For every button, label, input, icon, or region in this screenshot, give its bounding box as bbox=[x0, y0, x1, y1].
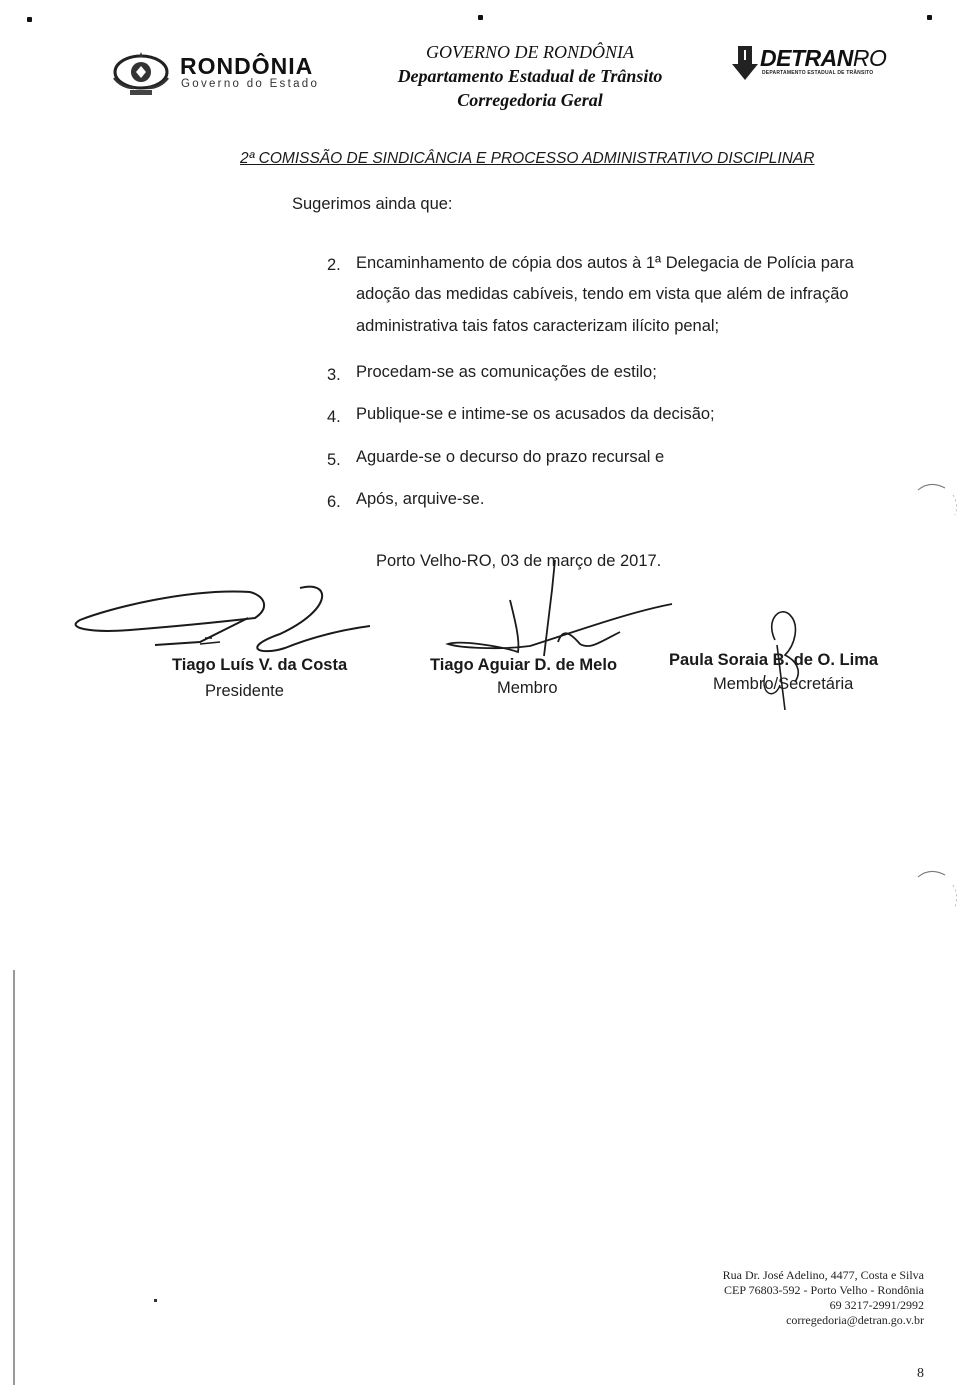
detran-logo-bold: DETRAN bbox=[760, 45, 853, 71]
page-number: 8 bbox=[900, 1366, 924, 1382]
footer-phone: 69 3217-2991/2992 bbox=[640, 1298, 924, 1313]
list-item-number: 3. bbox=[327, 366, 341, 385]
rondonia-logo-title: RONDÔNIA bbox=[180, 53, 313, 80]
list-item-text: Encaminhamento de cópia dos autos à 1ª D… bbox=[356, 254, 854, 273]
signatory-role: Membro bbox=[497, 679, 558, 698]
signature-scribble bbox=[440, 560, 680, 660]
letterhead-center: GOVERNO DE RONDÔNIA Departamento Estadua… bbox=[370, 40, 690, 112]
signatory-name: Tiago Luís V. da Costa bbox=[172, 656, 347, 675]
scan-dot bbox=[478, 15, 483, 20]
office-name: Corregedoria Geral bbox=[370, 88, 690, 112]
signatory-role: Membro/Secretária bbox=[713, 675, 853, 694]
list-item-text: administrativa tais fatos caracterizam i… bbox=[356, 317, 719, 336]
scan-dot bbox=[154, 1299, 157, 1302]
department-name: Departamento Estadual de Trânsito bbox=[370, 64, 690, 88]
scan-dot bbox=[27, 17, 32, 22]
list-item-number: 2. bbox=[327, 256, 341, 275]
scan-arc-mark bbox=[915, 865, 960, 915]
list-item-number: 4. bbox=[327, 408, 341, 427]
government-name: GOVERNO DE RONDÔNIA bbox=[370, 40, 690, 64]
scan-edge-line bbox=[13, 970, 15, 1385]
list-item-number: 5. bbox=[327, 451, 341, 470]
scan-arc-mark bbox=[915, 480, 960, 535]
list-item-number: 6. bbox=[327, 493, 341, 512]
footer-email[interactable]: corregedoria@detran.go.v.br bbox=[640, 1313, 924, 1328]
list-item-text: Após, arquive-se. bbox=[356, 490, 484, 509]
footer-address-line2: CEP 76803-592 - Porto Velho - Rondônia bbox=[640, 1283, 924, 1298]
detran-logo-ro: RO bbox=[853, 45, 887, 71]
list-item-text: Procedam-se as comunicações de estilo; bbox=[356, 363, 657, 382]
footer-address-line1: Rua Dr. José Adelino, 4477, Costa e Silv… bbox=[640, 1268, 924, 1283]
detran-logo-title: DETRANRO bbox=[760, 45, 886, 72]
footer-contact: Rua Dr. José Adelino, 4477, Costa e Silv… bbox=[640, 1268, 924, 1328]
state-coat-of-arms-icon bbox=[108, 50, 174, 100]
list-item-text: Publique-se e intime-se os acusados da d… bbox=[356, 405, 715, 424]
list-item-text: adoção das medidas cabíveis, tendo em vi… bbox=[356, 285, 849, 304]
commission-title: 2ª COMISSÃO DE SINDICÂNCIA E PROCESSO AD… bbox=[240, 150, 814, 168]
signatory-name: Paula Soraia B. de O. Lima bbox=[669, 651, 878, 670]
signatory-role: Presidente bbox=[205, 682, 284, 701]
list-item-text: Aguarde-se o decurso do prazo recursal e bbox=[356, 448, 664, 467]
scan-dot bbox=[927, 15, 932, 20]
detran-road-arrow-icon bbox=[730, 44, 760, 82]
signature-scribble bbox=[70, 578, 370, 658]
rondonia-logo-subtitle: Governo do Estado bbox=[181, 78, 319, 90]
intro-text: Sugerimos ainda que: bbox=[292, 195, 453, 214]
signatory-name: Tiago Aguiar D. de Melo bbox=[430, 656, 617, 675]
detran-logo-subtitle: DEPARTAMENTO ESTADUAL DE TRÂNSITO bbox=[762, 70, 873, 76]
